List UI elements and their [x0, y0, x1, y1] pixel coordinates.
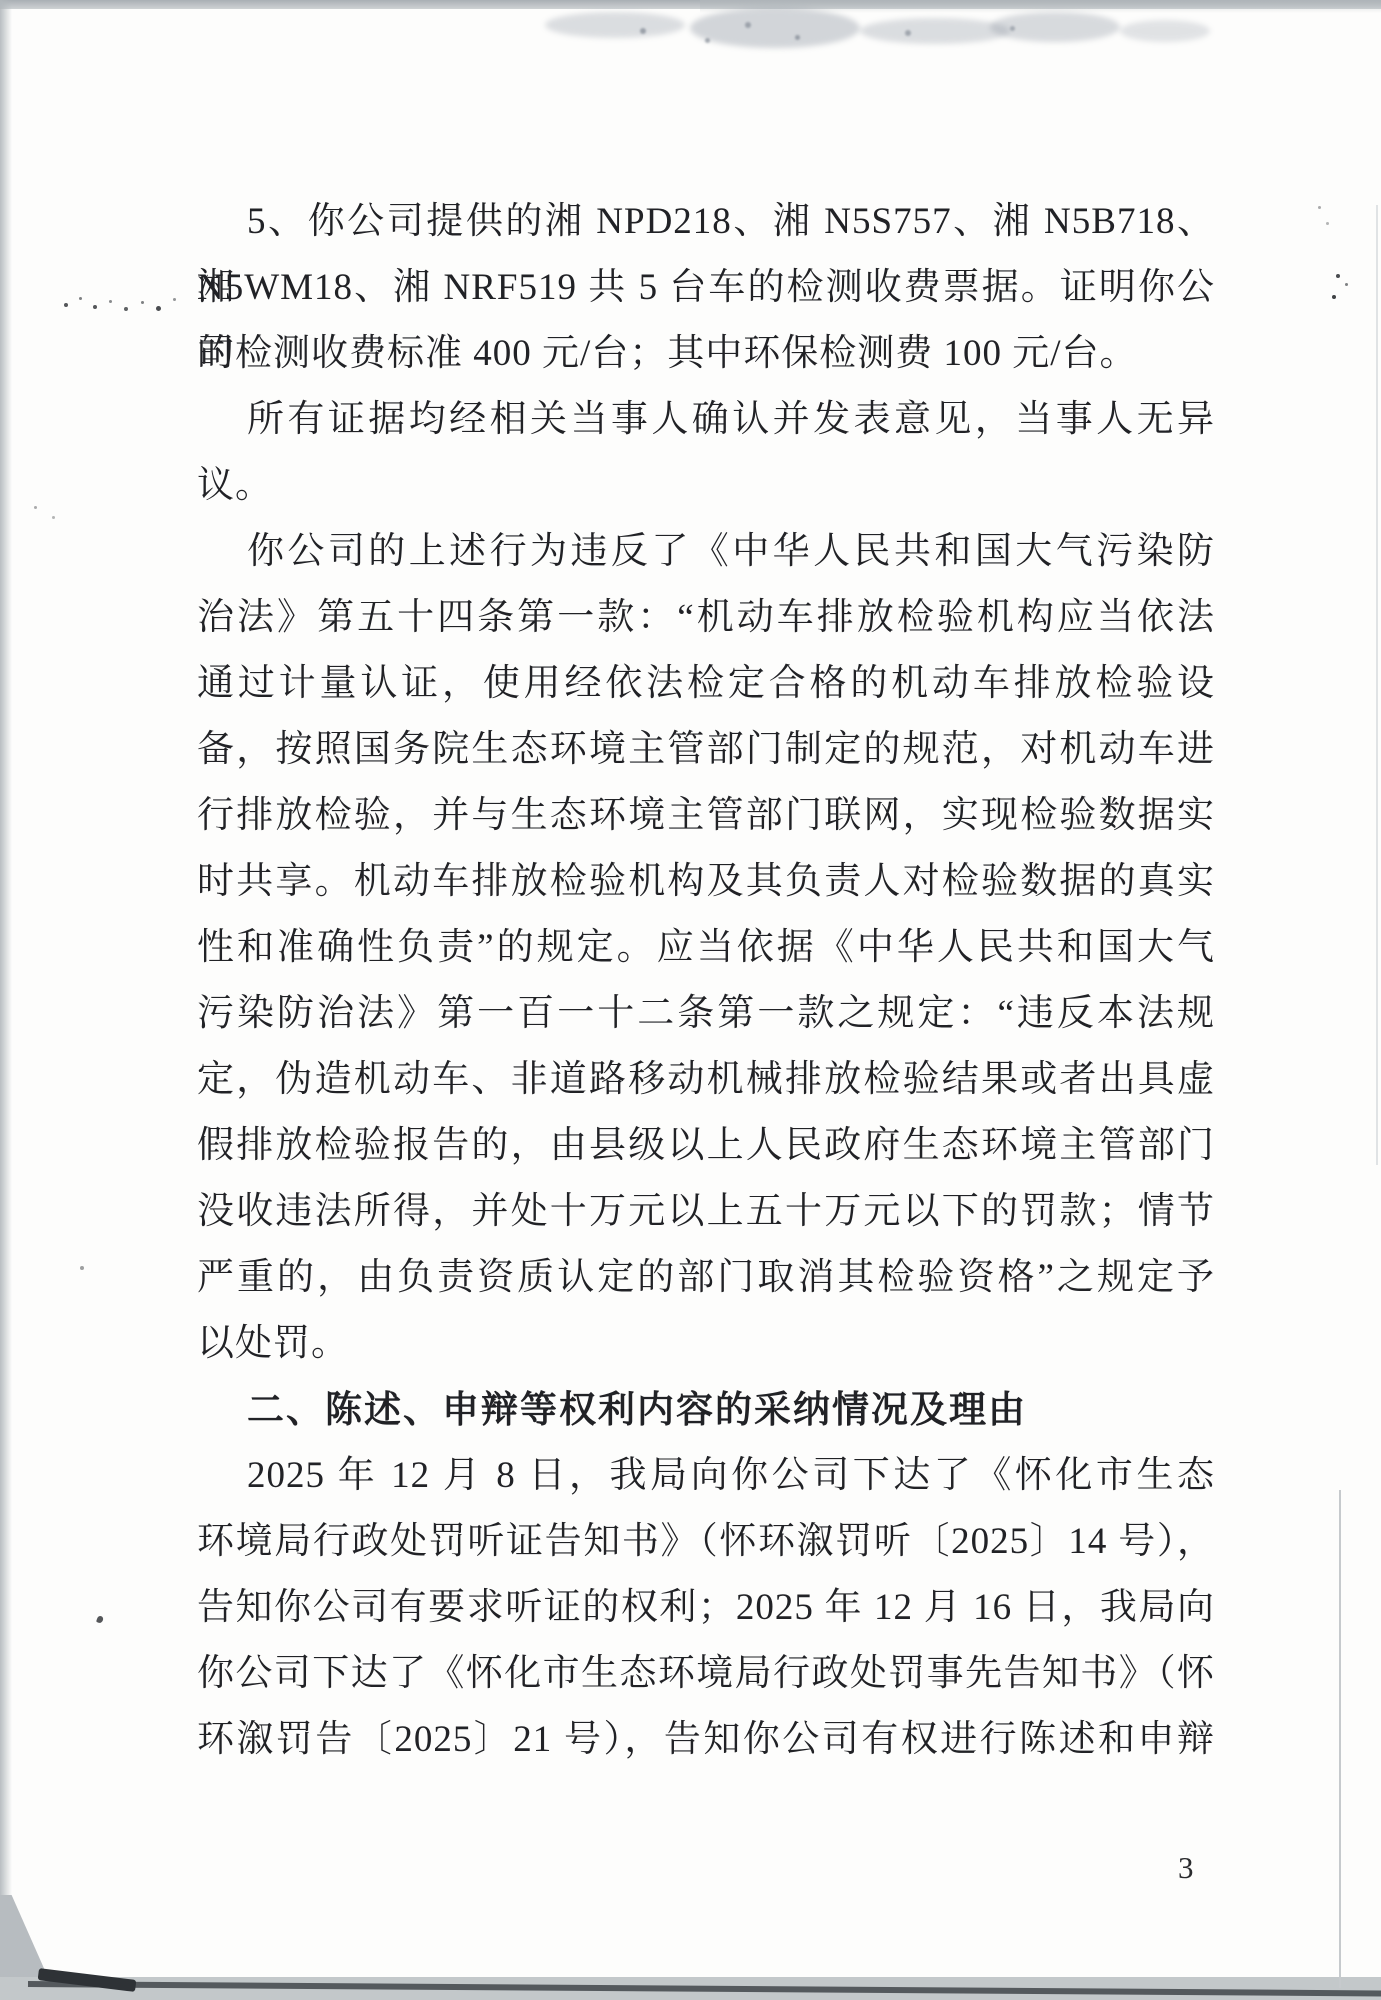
- scan-speckle: [79, 297, 82, 300]
- text-line: 的检测收费标准 400 元/台；其中环保检测费 100 元/台。: [197, 321, 1215, 387]
- scan-speckle: [745, 22, 751, 28]
- scan-speckle: [1318, 206, 1321, 209]
- text-line: 5、你公司提供的湘 NPD218、湘 N5S757、湘 N5B718、湘: [197, 189, 1215, 255]
- text-line: 时共享。机动车排放检验机构及其负责人对检验数据的真实: [197, 849, 1215, 915]
- scan-speckle: [1345, 283, 1348, 286]
- scan-speckle: [640, 28, 646, 34]
- text-line: 你公司的上述行为违反了《中华人民共和国大气污染防: [197, 519, 1215, 585]
- scan-smudge: [545, 12, 685, 38]
- scan-speckle: [93, 305, 97, 309]
- paper-right-edge: [1339, 1490, 1341, 1988]
- text-line: 污染防治法》第一百一十二条第一款之规定：“违反本法规: [197, 981, 1215, 1047]
- scan-speckle: [124, 307, 128, 311]
- scan-speckle: [64, 303, 68, 307]
- scan-speckle: [1326, 222, 1329, 225]
- scan-speckle: [80, 1266, 84, 1270]
- scan-speckle: [34, 506, 37, 509]
- text-line: 以处罚。: [197, 1311, 1215, 1377]
- text-line: 定，伪造机动车、非道路移动机械排放检验结果或者出具虚: [197, 1047, 1215, 1113]
- scan-speckle: [905, 30, 911, 36]
- scan-smudge: [690, 8, 860, 48]
- text-line: N5WM18、湘 NRF519 共 5 台车的检测收费票据。证明你公司: [197, 255, 1215, 321]
- scan-speckle: [156, 306, 161, 311]
- text-line: 你公司下达了《怀化市生态环境局行政处罚事先告知书》（怀: [197, 1641, 1215, 1707]
- text-line: 行排放检验，并与生态环境主管部门联网，实现检验数据实: [197, 783, 1215, 849]
- text-line: 没收违法所得，并处十万元以上五十万元以下的罚款；情节: [197, 1179, 1215, 1245]
- scan-fold-line: [1376, 205, 1378, 1165]
- scanner-left-edge: [0, 0, 12, 2000]
- scan-speckle: [705, 38, 710, 43]
- text-line: 2025 年 12 月 8 日，我局向你公司下达了《怀化市生态: [197, 1443, 1215, 1509]
- scan-speckle: [173, 298, 176, 301]
- scan-speckle: [1010, 26, 1015, 31]
- text-line: 假排放检验报告的，由县级以上人民政府生态环境主管部门: [197, 1113, 1215, 1179]
- scan-smudge: [1120, 20, 1210, 42]
- text-line: 治法》第五十四条第一款：“机动车排放检验机构应当依法: [197, 585, 1215, 651]
- heading-line: 二、陈述、申辩等权利内容的采纳情况及理由: [197, 1377, 1215, 1443]
- text-line: 所有证据均经相关当事人确认并发表意见，当事人无异: [197, 387, 1215, 453]
- text-block: 5、你公司提供的湘 NPD218、湘 N5S757、湘 N5B718、湘N5WM…: [197, 189, 1215, 1773]
- scan-speckle: [795, 35, 800, 40]
- scan-speckle: [52, 516, 55, 519]
- text-line: 通过计量认证，使用经依法检定合格的机动车排放检验设: [197, 651, 1215, 717]
- scan-speckle: [141, 301, 144, 304]
- scan-speckle: [109, 300, 112, 303]
- text-line: 性和准确性负责”的规定。应当依据《中华人民共和国大气: [197, 915, 1215, 981]
- text-line: 备，按照国务院生态环境主管部门制定的规范，对机动车进: [197, 717, 1215, 783]
- scan-smudge: [860, 18, 1010, 44]
- text-line: 严重的，由负责资质认定的部门取消其检验资格”之规定予: [197, 1245, 1215, 1311]
- scan-speckle: [1332, 295, 1336, 299]
- text-line: 环境局行政处罚听证告知书》（怀环溆罚听〔2025〕14 号），: [197, 1509, 1215, 1575]
- text-line: 环溆罚告〔2025〕21 号），告知你公司有权进行陈述和申辩: [197, 1707, 1215, 1773]
- text-line: 告知你公司有要求听证的权利；2025 年 12 月 16 日，我局向: [197, 1575, 1215, 1641]
- text-line: 议。: [197, 453, 1215, 519]
- page-number: 3: [1178, 1848, 1194, 1888]
- scan-speckle: [1336, 274, 1340, 278]
